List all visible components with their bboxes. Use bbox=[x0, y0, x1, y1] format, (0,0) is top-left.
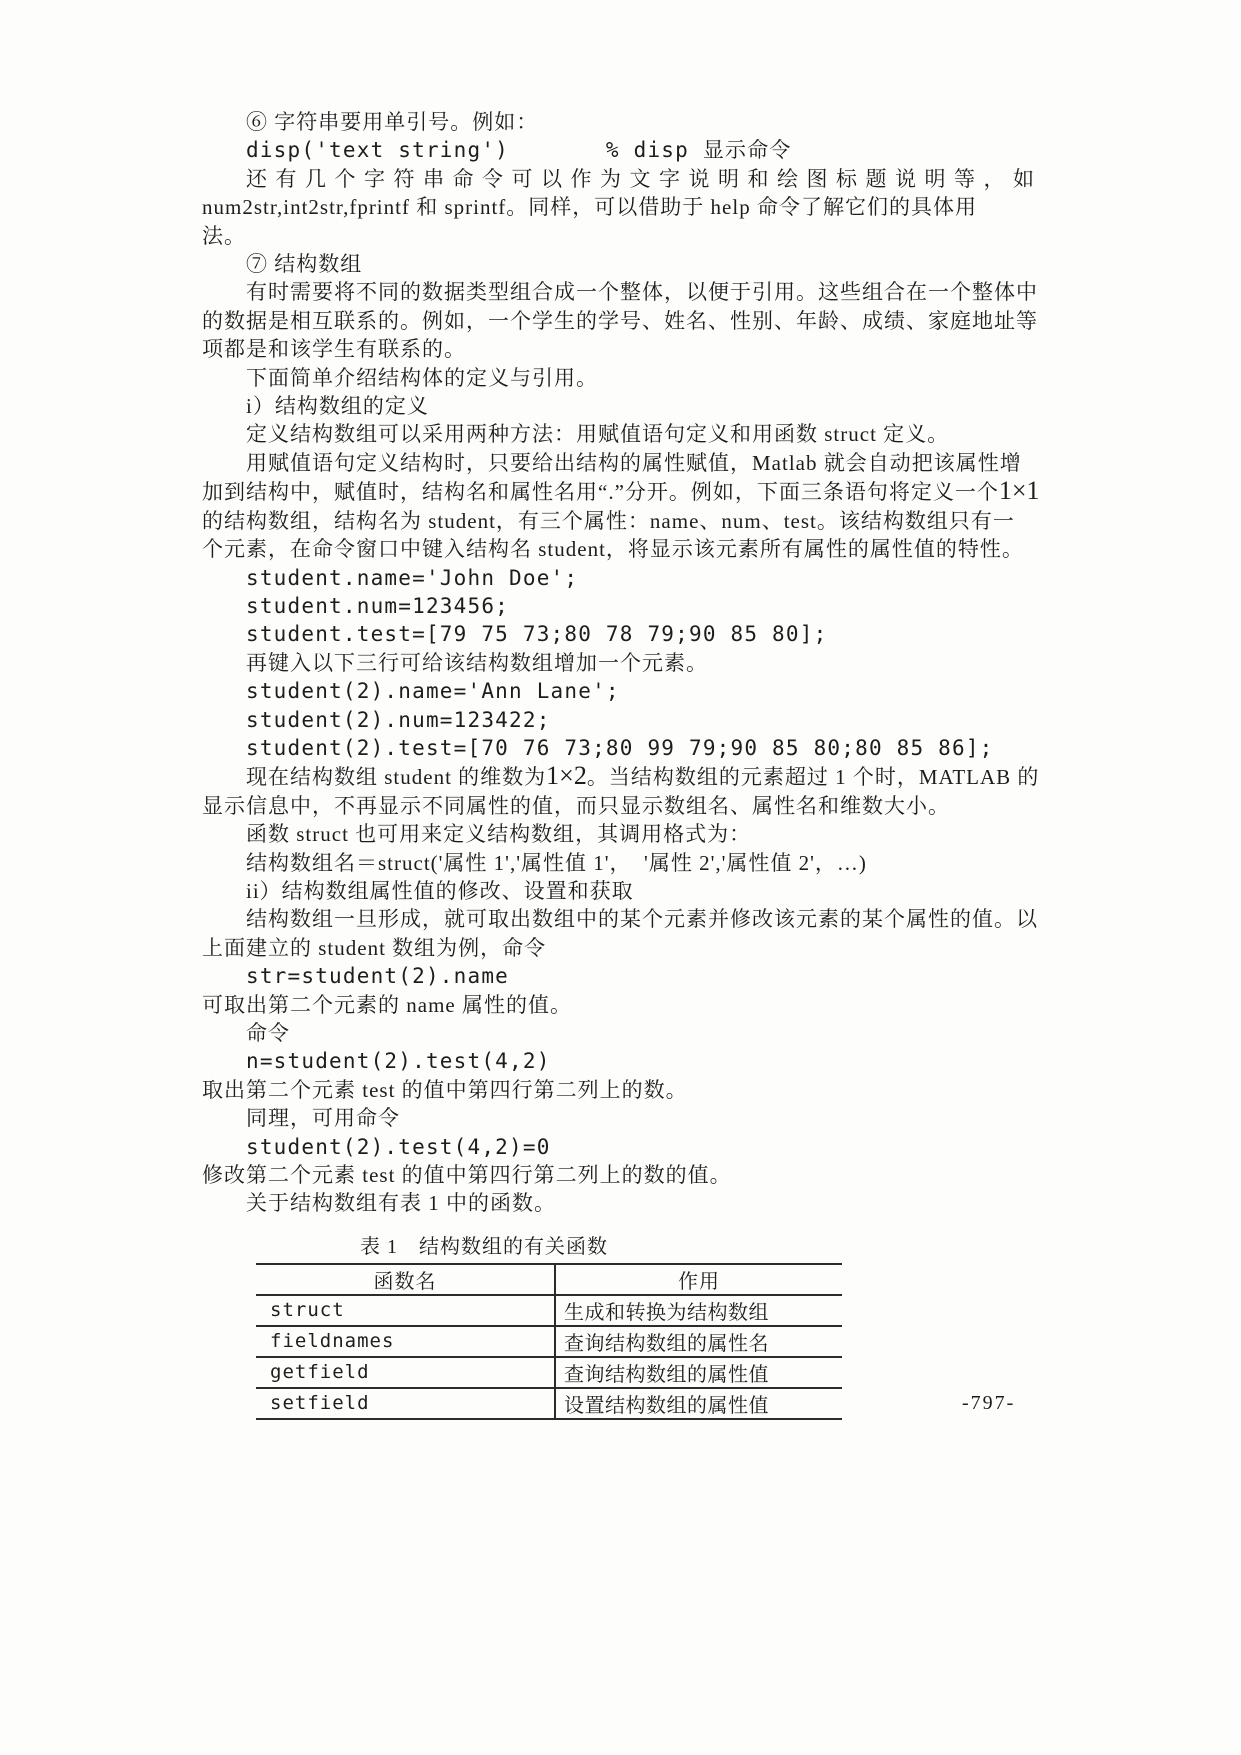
body-text: ii）结构数组属性值的修改、设置和获取 bbox=[246, 879, 634, 903]
body-text: 显示信息中，不再显示不同属性的值，而只显示数组名、属性名和维数大小。 bbox=[202, 794, 950, 818]
text-line: 显示信息中，不再显示不同属性的值，而只显示数组名、属性名和维数大小。 bbox=[202, 792, 1048, 820]
body-text: num2str,int2str,fprintf 和 sprintf。同样，可以借… bbox=[202, 195, 977, 219]
table-row: setfield设置结构数组的属性值 bbox=[256, 1388, 842, 1419]
text-line: 有时需要将不同的数据类型组合成一个整体，以便于引用。这些组合在一个整体中 bbox=[202, 278, 1048, 306]
text-line: student.num=123456; bbox=[202, 592, 1048, 620]
body-text: 命令 bbox=[246, 1021, 290, 1045]
text-line: 结构数组一旦形成，就可取出数组中的某个元素并修改该元素的某个属性的值。以 bbox=[202, 905, 1048, 933]
text-line: 定义结构数组可以采用两种方法：用赋值语句定义和用函数 struct 定义。 bbox=[202, 420, 1048, 448]
body-text: 结构数组名＝struct('属性 1','属性值 1'， '属性 2','属性值… bbox=[246, 851, 867, 875]
code-text: n=student(2).test(4,2) bbox=[246, 1049, 551, 1073]
body-text: 法。 bbox=[202, 224, 246, 248]
table-caption: 表 1 结构数组的有关函数 bbox=[360, 1234, 1048, 1260]
table-header-row: 函数名 作用 bbox=[256, 1264, 842, 1295]
body-text: 1×1 bbox=[999, 476, 1040, 505]
document-body: ⑥ 字符串要用单引号。例如：disp('text string') % disp… bbox=[202, 108, 1048, 1420]
functions-table-body: struct生成和转换为结构数组fieldnames查询结构数组的属性名getf… bbox=[256, 1295, 842, 1419]
body-text: 用赋值语句定义结构时，只要给出结构的属性赋值，Matlab 就会自动把该属性增 bbox=[246, 451, 1022, 475]
text-line: 用赋值语句定义结构时，只要给出结构的属性赋值，Matlab 就会自动把该属性增 bbox=[202, 449, 1048, 477]
document-page: ⑥ 字符串要用单引号。例如：disp('text string') % disp… bbox=[0, 0, 1241, 1755]
body-text: 再键入以下三行可给该结构数组增加一个元素。 bbox=[246, 651, 708, 675]
functions-table: 函数名 作用 struct生成和转换为结构数组fieldnames查询结构数组的… bbox=[256, 1263, 842, 1420]
text-line: str=student(2).name bbox=[202, 962, 1048, 990]
body-text: 。当结构数组的元素超过 1 个时，MATLAB 的 bbox=[587, 765, 1040, 789]
body-text: 项都是和该学生有联系的。 bbox=[202, 337, 466, 361]
text-line: 取出第二个元素 test 的值中第四行第二列上的数。 bbox=[202, 1076, 1048, 1104]
body-text: 定义结构数组可以采用两种方法：用赋值语句定义和用函数 struct 定义。 bbox=[246, 422, 949, 446]
text-line: 还有几个字符串命令可以作为文字说明和绘图标题说明等，如 bbox=[202, 165, 1048, 193]
function-purpose-cell: 查询结构数组的属性值 bbox=[555, 1357, 842, 1388]
text-line: student.test=[79 75 73;80 78 79;90 85 80… bbox=[202, 620, 1048, 648]
text-line: ⑥ 字符串要用单引号。例如： bbox=[202, 108, 1048, 136]
text-line: 函数 struct 也可用来定义结构数组，其调用格式为： bbox=[202, 820, 1048, 848]
body-text: 函数 struct 也可用来定义结构数组，其调用格式为： bbox=[246, 822, 751, 846]
code-text: student(2).test=[70 76 73;80 99 79;90 85… bbox=[246, 736, 994, 760]
text-line: 结构数组名＝struct('属性 1','属性值 1'， '属性 2','属性值… bbox=[202, 849, 1048, 877]
function-name-cell: setfield bbox=[256, 1388, 555, 1419]
body-text: 有时需要将不同的数据类型组合成一个整体，以便于引用。这些组合在一个整体中 bbox=[246, 280, 1038, 304]
code-text: student.name='John Doe'; bbox=[246, 566, 578, 590]
text-line: 命令 bbox=[202, 1019, 1048, 1047]
code-text: str=student(2).name bbox=[246, 964, 509, 988]
functions-table-head: 函数名 作用 bbox=[256, 1264, 842, 1295]
text-line: 上面建立的 student 数组为例，命令 bbox=[202, 934, 1048, 962]
text-line: 修改第二个元素 test 的值中第四行第二列上的数的值。 bbox=[202, 1161, 1048, 1189]
text-line: 下面简单介绍结构体的定义与引用。 bbox=[202, 364, 1048, 392]
text-line: disp('text string') % disp 显示命令 bbox=[202, 136, 1048, 164]
body-text: 现在结构数组 student 的维数为 bbox=[246, 765, 546, 789]
body-text: 关于结构数组有表 1 中的函数。 bbox=[246, 1191, 556, 1215]
column-header-function-name: 函数名 bbox=[256, 1264, 555, 1295]
text-line: 的结构数组，结构名为 student，有三个属性：name、num、test。该… bbox=[202, 507, 1048, 535]
code-text: disp('text string') % disp 显示命令 bbox=[246, 138, 792, 162]
body-text: 取出第二个元素 test 的值中第四行第二列上的数。 bbox=[202, 1078, 688, 1102]
text-line: 现在结构数组 student 的维数为1×2。当结构数组的元素超过 1 个时，M… bbox=[202, 762, 1048, 791]
text-line: ⑦ 结构数组 bbox=[202, 250, 1048, 278]
document-lines: ⑥ 字符串要用单引号。例如：disp('text string') % disp… bbox=[202, 108, 1048, 1218]
text-line: student(2).name='Ann Lane'; bbox=[202, 677, 1048, 705]
table-row: getfield查询结构数组的属性值 bbox=[256, 1357, 842, 1388]
body-text: 下面简单介绍结构体的定义与引用。 bbox=[246, 366, 598, 390]
table-row: struct生成和转换为结构数组 bbox=[256, 1295, 842, 1326]
body-text: 还有几个字符串命令可以作为文字说明和绘图标题说明等，如 bbox=[246, 167, 1043, 191]
body-text: 修改第二个元素 test 的值中第四行第二列上的数的值。 bbox=[202, 1163, 732, 1187]
text-line: 的数据是相互联系的。例如，一个学生的学号、姓名、性别、年龄、成绩、家庭地址等 bbox=[202, 307, 1048, 335]
body-text: 1×2 bbox=[546, 761, 587, 790]
code-text: student(2).test(4,2)=0 bbox=[246, 1135, 551, 1159]
function-purpose-cell: 设置结构数组的属性值 bbox=[555, 1388, 842, 1419]
body-text: ⑦ 结构数组 bbox=[246, 252, 362, 276]
text-line: student(2).num=123422; bbox=[202, 706, 1048, 734]
body-text: ⑥ 字符串要用单引号。例如： bbox=[246, 110, 538, 134]
body-text: 的结构数组，结构名为 student，有三个属性：name、num、test。该… bbox=[202, 509, 1015, 533]
table-row: fieldnames查询结构数组的属性名 bbox=[256, 1326, 842, 1357]
text-line: 可取出第二个元素的 name 属性的值。 bbox=[202, 991, 1048, 1019]
body-text: 加到结构中，赋值时，结构名和属性名用“.”分开。例如，下面三条语句将定义一个 bbox=[202, 480, 999, 504]
body-text: 同理，可用命令 bbox=[246, 1106, 400, 1130]
function-purpose-cell: 查询结构数组的属性名 bbox=[555, 1326, 842, 1357]
code-text: student(2).name='Ann Lane'; bbox=[246, 679, 620, 703]
code-text: student.test=[79 75 73;80 78 79;90 85 80… bbox=[246, 622, 827, 646]
text-line: student(2).test(4,2)=0 bbox=[202, 1133, 1048, 1161]
text-line: 法。 bbox=[202, 222, 1048, 250]
text-line: 加到结构中，赋值时，结构名和属性名用“.”分开。例如，下面三条语句将定义一个1×… bbox=[202, 477, 1048, 506]
text-line: n=student(2).test(4,2) bbox=[202, 1047, 1048, 1075]
text-line: 同理，可用命令 bbox=[202, 1104, 1048, 1132]
text-line: num2str,int2str,fprintf 和 sprintf。同样，可以借… bbox=[202, 193, 1048, 221]
body-text: 可取出第二个元素的 name 属性的值。 bbox=[202, 993, 572, 1017]
function-name-cell: struct bbox=[256, 1295, 555, 1326]
function-purpose-cell: 生成和转换为结构数组 bbox=[555, 1295, 842, 1326]
code-text: student.num=123456; bbox=[246, 594, 509, 618]
text-line: ii）结构数组属性值的修改、设置和获取 bbox=[202, 877, 1048, 905]
function-name-cell: getfield bbox=[256, 1357, 555, 1388]
functions-table-block: 表 1 结构数组的有关函数 函数名 作用 struct生成和转换为结构数组fie… bbox=[202, 1234, 1048, 1420]
text-line: 项都是和该学生有联系的。 bbox=[202, 335, 1048, 363]
column-header-purpose: 作用 bbox=[555, 1264, 842, 1295]
body-text: 个元素，在命令窗口中键入结构名 student，将显示该元素所有属性的属性值的特… bbox=[202, 537, 1024, 561]
function-name-cell: fieldnames bbox=[256, 1326, 555, 1357]
body-text: 的数据是相互联系的。例如，一个学生的学号、姓名、性别、年龄、成绩、家庭地址等 bbox=[202, 309, 1038, 333]
text-line: student.name='John Doe'; bbox=[202, 564, 1048, 592]
text-line: 再键入以下三行可给该结构数组增加一个元素。 bbox=[202, 649, 1048, 677]
page-number: -797- bbox=[962, 1392, 1015, 1415]
code-text: student(2).num=123422; bbox=[246, 708, 551, 732]
text-line: 关于结构数组有表 1 中的函数。 bbox=[202, 1189, 1048, 1217]
text-line: student(2).test=[70 76 73;80 99 79;90 85… bbox=[202, 734, 1048, 762]
body-text: 结构数组一旦形成，就可取出数组中的某个元素并修改该元素的某个属性的值。以 bbox=[246, 907, 1038, 931]
body-text: 上面建立的 student 数组为例，命令 bbox=[202, 936, 546, 960]
text-line: 个元素，在命令窗口中键入结构名 student，将显示该元素所有属性的属性值的特… bbox=[202, 535, 1048, 563]
text-line: i）结构数组的定义 bbox=[202, 392, 1048, 420]
body-text: i）结构数组的定义 bbox=[246, 394, 429, 418]
